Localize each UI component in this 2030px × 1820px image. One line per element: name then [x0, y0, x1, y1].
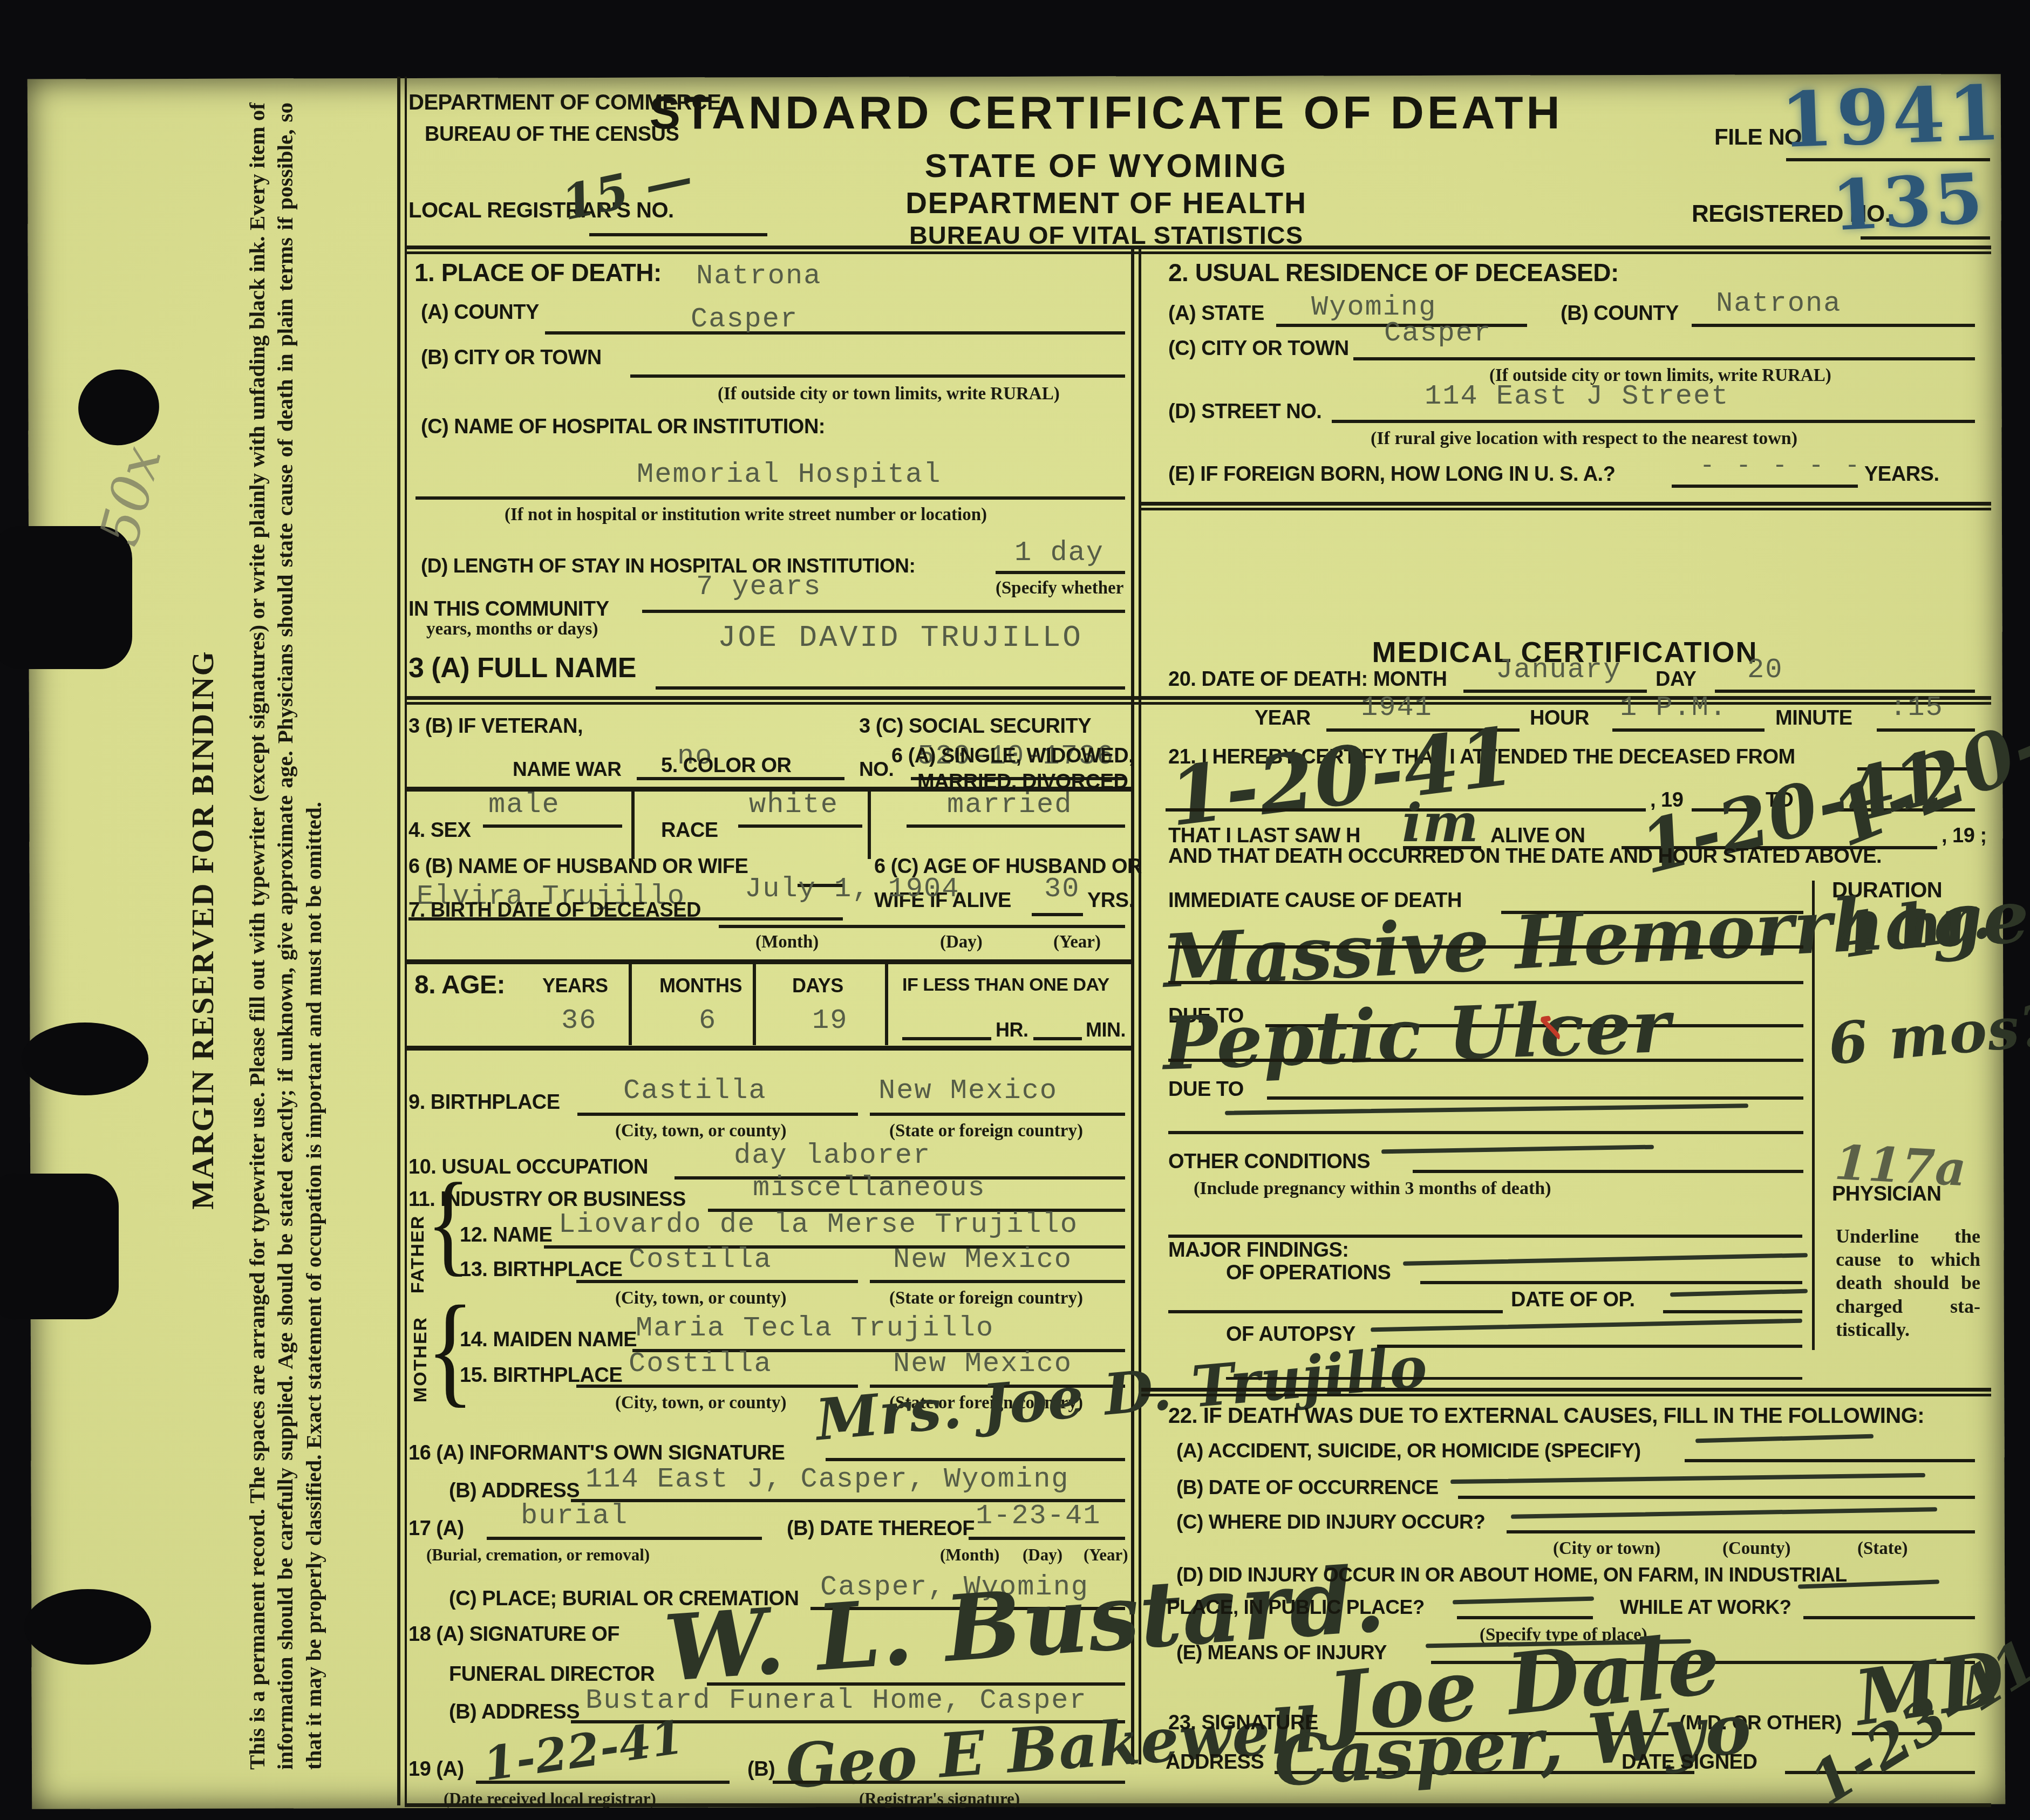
bottom-rule — [405, 1803, 1991, 1812]
s1b-value: Casper — [691, 303, 798, 335]
s19a-line — [476, 1781, 730, 1784]
s1a-label: (A) COUNTY — [421, 301, 539, 324]
punch-hole — [0, 526, 132, 669]
s5-value: white — [749, 789, 839, 821]
s6c-suffix: YRS. — [1087, 889, 1134, 912]
s20-minute-label: MINUTE — [1775, 707, 1852, 730]
s2b-value: Natrona — [1716, 288, 1841, 319]
s8-hr-line — [902, 1037, 991, 1040]
s22b-label: (B) DATE OF OCCURRENCE — [1176, 1476, 1439, 1499]
s17b-cap-day: (Day) — [1023, 1545, 1062, 1565]
autopsy-label: OF AUTOPSY — [1226, 1323, 1355, 1346]
dateop-line — [1663, 1310, 1802, 1313]
s21-alive-label: ALIVE ON — [1490, 824, 1585, 848]
s8-months-label: MONTHS — [659, 974, 742, 997]
imm-line3 — [1168, 981, 1803, 984]
cell-divider — [629, 964, 632, 1045]
operations-line — [1420, 1281, 1802, 1284]
s18a-label2: FUNERAL DIRECTOR — [449, 1663, 655, 1686]
s8-hr-label: HR. — [996, 1019, 1028, 1041]
mother-bp-city-caption: (City, town, or county) — [615, 1393, 786, 1413]
s6c-line — [1032, 913, 1083, 916]
other-line — [1413, 1170, 1803, 1173]
s16b-label: (B) ADDRESS — [449, 1480, 580, 1503]
s9-state: New Mexico — [878, 1075, 1058, 1107]
row-rule — [405, 959, 1131, 964]
mother-bp-label: 15. BIRTHPLACE — [460, 1364, 622, 1387]
s19b-line — [773, 1781, 1125, 1784]
s20-month: January — [1496, 654, 1621, 686]
s8-min-label: MIN. — [1086, 1019, 1126, 1041]
s9-city-caption: (City, town, or county) — [615, 1121, 786, 1141]
father-bp-city-caption: (City, town, or county) — [615, 1289, 786, 1308]
s20-hour-line — [1612, 728, 1765, 732]
s23-date-label: DATE SIGNED — [1622, 1751, 1757, 1774]
s5-line — [738, 824, 862, 828]
fullname-bottom-rule — [405, 696, 1991, 705]
father-bp-state-caption: (State or foreign country) — [889, 1289, 1083, 1308]
s20-day: 20 — [1747, 654, 1783, 686]
s22a-line — [1685, 1459, 1975, 1462]
s1d-value: 1 day — [1014, 537, 1104, 569]
s22b-line — [1458, 1496, 1975, 1499]
s3c-label: 3 (C) SOCIAL SECURITY — [859, 715, 1091, 738]
s1b-caption: (If outside city or town limits, write R… — [718, 384, 1060, 404]
father-bp-state-line — [870, 1280, 1125, 1283]
major-findings-label: MAJOR FINDINGS: — [1168, 1239, 1349, 1262]
punch-hole — [0, 1174, 119, 1319]
center-divider — [1139, 247, 1141, 1764]
s8-label: 8. AGE: — [414, 970, 505, 1000]
s21-mid2: , 19 ; — [1942, 824, 1987, 848]
s1c-line — [415, 496, 1125, 500]
s20-hour: 1 P.M. — [1620, 692, 1727, 724]
s3b-label: 3 (B) IF VETERAN, — [408, 715, 583, 738]
s1d-label: (D) LENGTH OF STAY IN HOSPITAL OR INSTIT… — [421, 555, 915, 577]
s16a-label: 16 (A) INFORMANT'S OWN SIGNATURE — [408, 1442, 785, 1465]
s22-heading: 22. IF DEATH WAS DUE TO EXTERNAL CAUSES,… — [1168, 1404, 1924, 1428]
s8-years-label: YEARS — [542, 974, 608, 997]
row-rule — [405, 1046, 1131, 1051]
s17b-label: (B) DATE THEREOF — [787, 1517, 975, 1540]
s1e-line — [642, 610, 1125, 613]
s18b-value: Bustard Funeral Home, Casper — [585, 1685, 1087, 1716]
s3a-label: 3 (A) FULL NAME — [408, 652, 636, 684]
s22d-line1 — [1457, 1616, 1593, 1619]
s22c-cap3: (State) — [1857, 1539, 1908, 1559]
header-rule — [405, 246, 1991, 254]
s18a-label1: 18 (A) SIGNATURE OF — [408, 1623, 619, 1646]
s18b-label: (B) ADDRESS — [449, 1701, 580, 1724]
s20-hour-label: HOUR — [1530, 707, 1589, 730]
father-bp-city-line — [576, 1280, 858, 1283]
s6b-label: 6 (B) NAME OF HUSBAND OR WIFE — [408, 855, 748, 878]
cell-divider — [868, 789, 871, 859]
s1d-caption: (Specify whether — [996, 578, 1123, 598]
s1c-value: Memorial Hospital — [637, 459, 942, 490]
s19a-label: 19 (A) — [408, 1758, 464, 1781]
s9-city: Castilla — [623, 1075, 767, 1107]
s2b-line — [1692, 324, 1975, 327]
s17a-line — [487, 1537, 762, 1540]
page-title: STANDARD CERTIFICATE OF DEATH — [621, 86, 1592, 140]
s21-saw-label: THAT I LAST SAW H — [1168, 824, 1360, 848]
s1e-caption: years, months or days) — [426, 619, 598, 639]
s1e-value: 7 years — [696, 571, 821, 603]
s22a-label: (A) ACCIDENT, SUICIDE, OR HOMICIDE (SPEC… — [1176, 1440, 1641, 1462]
state-line: STATE OF WYOMING — [621, 147, 1592, 185]
s17a-label: 17 (A) — [408, 1517, 464, 1540]
s2e-label: (E) IF FOREIGN BORN, HOW LONG IN U. S. A… — [1168, 463, 1615, 486]
mother-bp-city: Costilla — [629, 1348, 772, 1380]
imm-line2 — [1168, 945, 1803, 949]
s20-label: 20. DATE OF DEATH: MONTH — [1168, 668, 1447, 691]
s3c-sub: NO. — [859, 758, 894, 781]
s21-tail: AND THAT DEATH OCCURRED ON THE DATE AND … — [1168, 845, 1882, 868]
s20-month-line — [1463, 690, 1647, 693]
s8-days-label: DAYS — [792, 974, 843, 997]
s6a-label1: 6 (A) SINGLE, WIDOWED, — [891, 745, 1134, 768]
margin-rule — [397, 77, 400, 1805]
s22c-label: (C) WHERE DID INJURY OCCUR? — [1176, 1511, 1485, 1533]
due1-value: Peptic Ulcer — [1162, 983, 1672, 1087]
s7-label: 7. BIRTH DATE OF DECEASED — [408, 899, 701, 922]
father-name-value: Liovardo de la Merse Trujillo — [558, 1209, 1078, 1240]
s8-min-line — [1033, 1037, 1082, 1040]
s17a-value: burial — [521, 1500, 628, 1532]
father-bp-state: New Mexico — [893, 1244, 1072, 1276]
s9-label: 9. BIRTHPLACE — [408, 1091, 560, 1114]
father-side-label: FATHER — [407, 1215, 428, 1293]
med-thin-line — [1226, 1377, 1802, 1380]
s9-city-line — [577, 1113, 858, 1116]
med-bottom-rule — [1141, 1388, 1991, 1396]
s5-label2: RACE — [661, 819, 718, 842]
s23-addr-label: ADDRESS — [1166, 1751, 1264, 1774]
file-no-stamp: 1941 — [1779, 69, 2005, 165]
margin-rule — [405, 77, 407, 1805]
s7-cap-year: (Year) — [1053, 932, 1101, 952]
s2d-label: (D) STREET NO. — [1168, 400, 1321, 424]
margin-binding-title: MARGIN RESERVED FOR BINDING — [185, 571, 221, 1289]
s20-minute: :15 — [1890, 692, 1944, 724]
s2d-line — [1332, 420, 1975, 423]
s7-value: July 1, 1904 — [745, 873, 959, 905]
s1a-value: Natrona — [696, 260, 821, 292]
date-of-op-label: DATE OF OP. — [1511, 1289, 1635, 1312]
s17b-cap-year: (Year) — [1084, 1545, 1128, 1565]
cell-divider — [753, 964, 756, 1045]
s4-line — [483, 824, 622, 828]
margin-instructions: This is a permanent record. The spaces a… — [243, 103, 389, 1770]
s22c-cap1: (City or town) — [1553, 1539, 1660, 1559]
physician-label: PHYSICIAN — [1832, 1183, 1941, 1206]
s22d-label1: (D) DID INJURY OCCUR IN OR ABOUT HOME, O… — [1176, 1564, 1847, 1586]
father-bp-label: 13. BIRTHPLACE — [460, 1258, 622, 1282]
s8-years: 36 — [561, 1005, 597, 1037]
s7-cap-day: (Day) — [940, 932, 983, 952]
s3b-sub: NAME WAR — [513, 758, 622, 781]
s22d-line2 — [1803, 1616, 1975, 1619]
s5-label1: 5. COLOR OR — [661, 754, 792, 778]
cell-divider — [631, 789, 635, 859]
s2c-line — [1353, 357, 1975, 360]
s7-cap-month: (Month) — [755, 932, 819, 952]
operations-label: OF OPERATIONS — [1226, 1262, 1391, 1285]
s4-value: male — [488, 789, 560, 821]
s3a-line — [656, 686, 1125, 690]
s11-value: miscellaneous — [753, 1172, 986, 1204]
other-conditions-caption: (Include pregnancy within 3 months of de… — [1194, 1178, 1551, 1199]
s4-label: 4. SEX — [408, 819, 471, 842]
s1c-label: (C) NAME OF HOSPITAL OR INSTITUTION: — [421, 415, 825, 439]
s17a-caption: (Burial, cremation, or removal) — [426, 1545, 650, 1565]
s6c-value: 30 — [1044, 873, 1080, 905]
s10-value: day laborer — [734, 1140, 931, 1171]
s9-state-caption: (State or foreign country) — [889, 1121, 1083, 1141]
s2a-label: (A) STATE — [1168, 302, 1264, 325]
s2e-value: - - - - - — [1700, 452, 1863, 480]
s1c-caption: (If not in hospital or institution write… — [505, 505, 987, 525]
s8-days: 19 — [812, 1005, 848, 1037]
s2e-line — [1672, 485, 1858, 488]
due2-label: DUE TO — [1168, 1078, 1244, 1101]
punch-hole — [24, 1589, 151, 1665]
cell-divider — [885, 964, 888, 1045]
underline-note: Underline the cause to which death shoul… — [1836, 1225, 1980, 1341]
s20-day-label: DAY — [1656, 668, 1696, 691]
s2-heading: 2. USUAL RESIDENCE OF DECEASED: — [1168, 258, 1619, 287]
other-conditions-label: OTHER CONDITIONS — [1168, 1150, 1370, 1174]
s8-months: 6 — [699, 1005, 717, 1037]
father-bp-city: Costilla — [629, 1244, 772, 1276]
s9-state-line — [870, 1113, 1125, 1116]
s1e-label: IN THIS COMMUNITY — [408, 598, 609, 621]
due2-line2 — [1168, 1131, 1803, 1134]
s2b-label: (B) COUNTY — [1561, 302, 1679, 325]
s2c-label: (C) CITY OR TOWN — [1168, 337, 1349, 360]
autopsy-line — [1377, 1345, 1802, 1348]
s8-less-label: IF LESS THAN ONE DAY — [902, 974, 1109, 996]
s1a-line — [545, 331, 1125, 335]
s17b-line — [969, 1537, 1125, 1540]
punch-hole — [22, 1023, 148, 1095]
s2d-caption: (If rural give location with respect to … — [1371, 428, 1797, 449]
s3a-value: JOE DAVID TRUJILLO — [718, 621, 1083, 655]
s1-heading: 1. PLACE OF DEATH: — [414, 258, 662, 287]
s19b-label: (B) — [747, 1758, 775, 1781]
s22d-label2: PLACE, IN PUBLIC PLACE? — [1167, 1596, 1425, 1619]
s1d-line — [996, 571, 1125, 574]
s2e-suffix: YEARS. — [1864, 463, 1939, 486]
major-top-line — [1168, 1235, 1802, 1238]
s22c-line — [1507, 1530, 1975, 1533]
dept-health-line: DEPARTMENT OF HEALTH — [621, 186, 1592, 220]
father-name-label: 12. NAME — [460, 1224, 552, 1247]
due1-line2 — [1168, 1059, 1803, 1062]
due2-line1 — [1267, 1096, 1803, 1100]
local-registrar-line — [589, 233, 767, 236]
s1b-line — [630, 374, 1125, 378]
s22c-cap2: (County) — [1722, 1539, 1791, 1559]
s2-bottom-rule — [1141, 502, 1991, 510]
mother-name-value: Maria Tecla Trujillo — [636, 1312, 994, 1344]
s2d-value: 114 East J Street — [1425, 380, 1729, 412]
dateop-left-line — [1168, 1310, 1503, 1313]
s2c-value: Casper — [1384, 317, 1491, 349]
s20-year-label: YEAR — [1255, 707, 1311, 730]
s6a-value: married — [947, 789, 1072, 821]
center-divider — [1131, 247, 1134, 1764]
mother-name-label: 14. MAIDEN NAME — [460, 1328, 637, 1352]
s17b-value: 1-23-41 — [976, 1500, 1101, 1532]
s16b-value: 114 East J, Casper, Wyoming — [585, 1463, 1070, 1495]
s6a-line — [907, 824, 1125, 828]
s7-line — [719, 925, 1125, 928]
s17b-cap-month: (Month) — [940, 1545, 999, 1565]
registered-no-stamp: 135 — [1830, 158, 1988, 247]
s16a-line — [826, 1458, 1125, 1461]
s1b-label: (B) CITY OR TOWN — [421, 346, 602, 370]
